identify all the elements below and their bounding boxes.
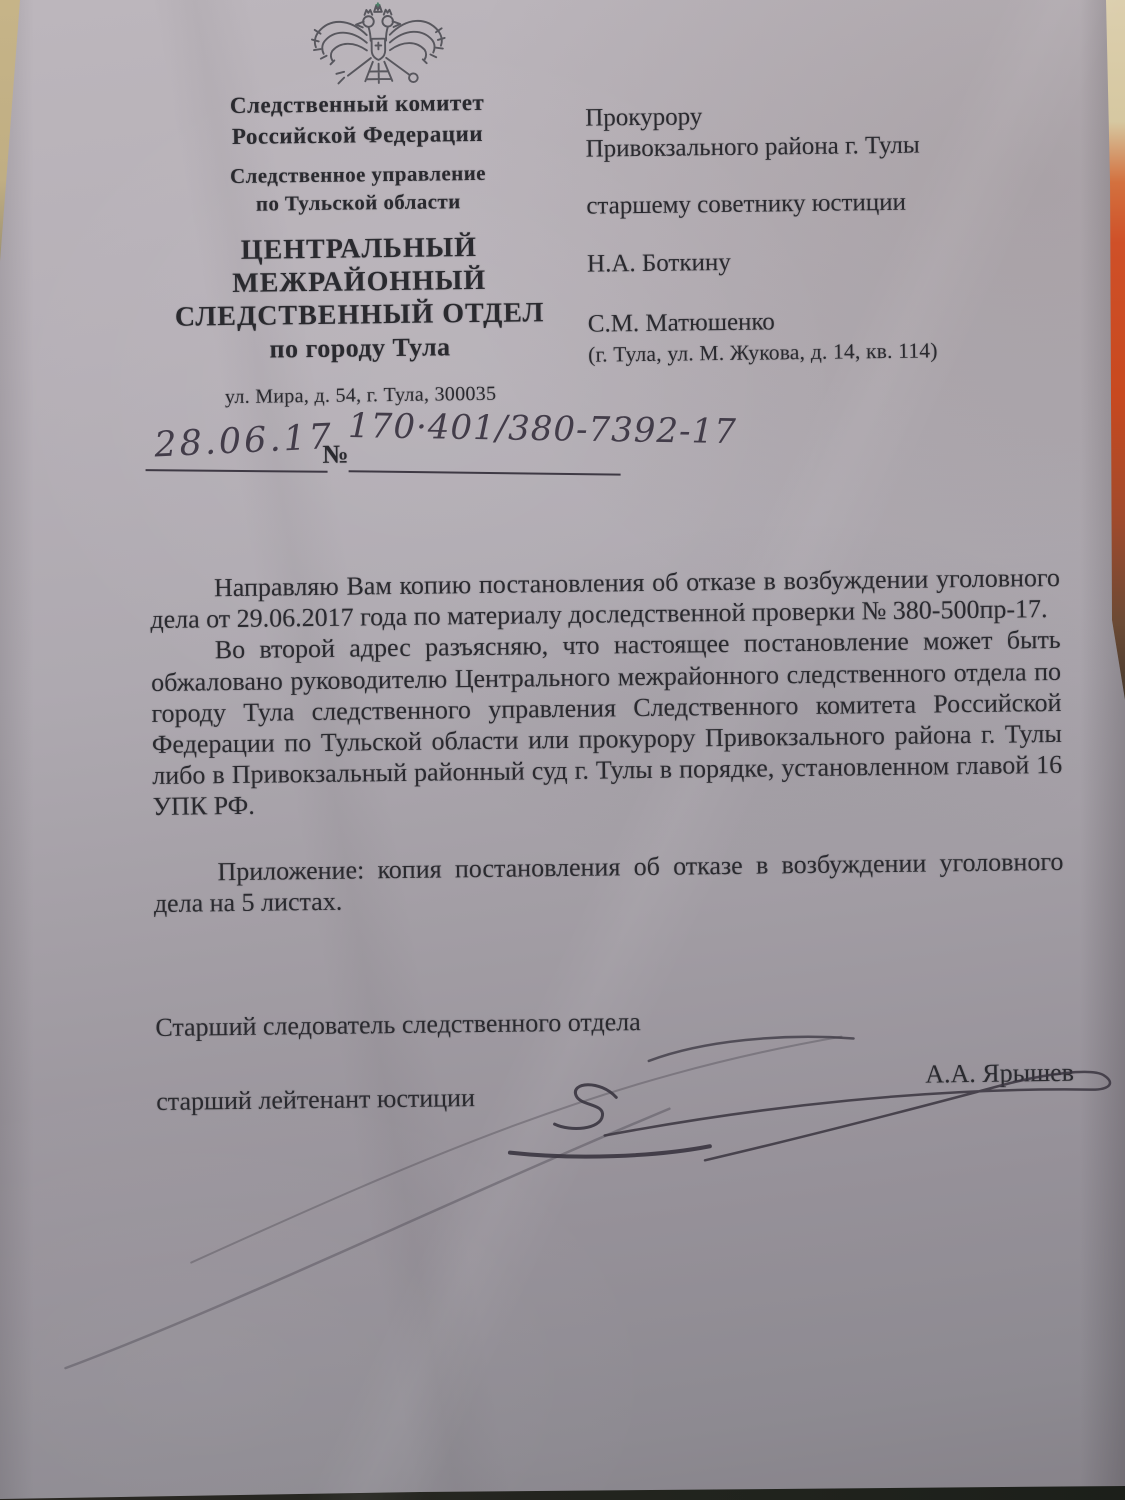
- dept-line-2: по Тульской области: [138, 186, 578, 219]
- recipient-line-2: Привокзального района г. Тулы: [585, 128, 1015, 164]
- number-sign: №: [322, 440, 349, 470]
- attachment-paragraph: Приложение: копия постановления об отказ…: [153, 846, 1064, 920]
- handwritten-number: 170·401/380-7392-17: [348, 406, 749, 452]
- body-paragraph-2: Во второй адрес разъясняю, что настоящее…: [151, 624, 1063, 822]
- second-address: (г. Тула, ул. М. Жукова, д. 14, кв. 114): [588, 334, 1018, 370]
- addressee-name: Н.А. Боткину: [587, 245, 1017, 278]
- signer-position-line-1: Старший следователь следственного отдела: [155, 1004, 875, 1043]
- body-paragraph-1: Направляю Вам копию постановления об отк…: [150, 562, 1061, 636]
- signer-name: А.А. Ярышев: [774, 1058, 1074, 1092]
- addressee-second: С.М. Матюшенко (г. Тула, ул. М. Жукова, …: [588, 303, 1019, 370]
- number-underline: [349, 470, 621, 475]
- document-photo: Следственный комитет Российской Федераци…: [0, 0, 1125, 1500]
- office-line-3: СЛЕДСТВЕННЫЙ ОТДЕЛ: [119, 296, 599, 335]
- addressee-rank: старшему советнику юстиции: [586, 187, 1016, 220]
- signer-position-line-2: старший лейтенант юстиции: [156, 1081, 676, 1117]
- letterhead-office: ЦЕНТРАЛЬНЫЙ МЕЖРАЙОННЫЙ СЛЕДСТВЕННЫЙ ОТД…: [119, 230, 601, 368]
- org-line-2: Российской Федерации: [137, 117, 577, 153]
- office-line-4: по городу Тула: [120, 329, 600, 368]
- letterhead-organization: Следственный комитет Российской Федераци…: [137, 86, 578, 153]
- letter-body: Направляю Вам копию постановления об отк…: [150, 562, 1064, 919]
- letterhead-department: Следственное управление по Тульской обла…: [138, 158, 579, 219]
- date-underline: [146, 469, 328, 473]
- document-content: Следственный комитет Российской Федераци…: [0, 0, 1125, 1500]
- addressee-recipient: Прокурору Привокзального района г. Тулы: [585, 97, 1016, 164]
